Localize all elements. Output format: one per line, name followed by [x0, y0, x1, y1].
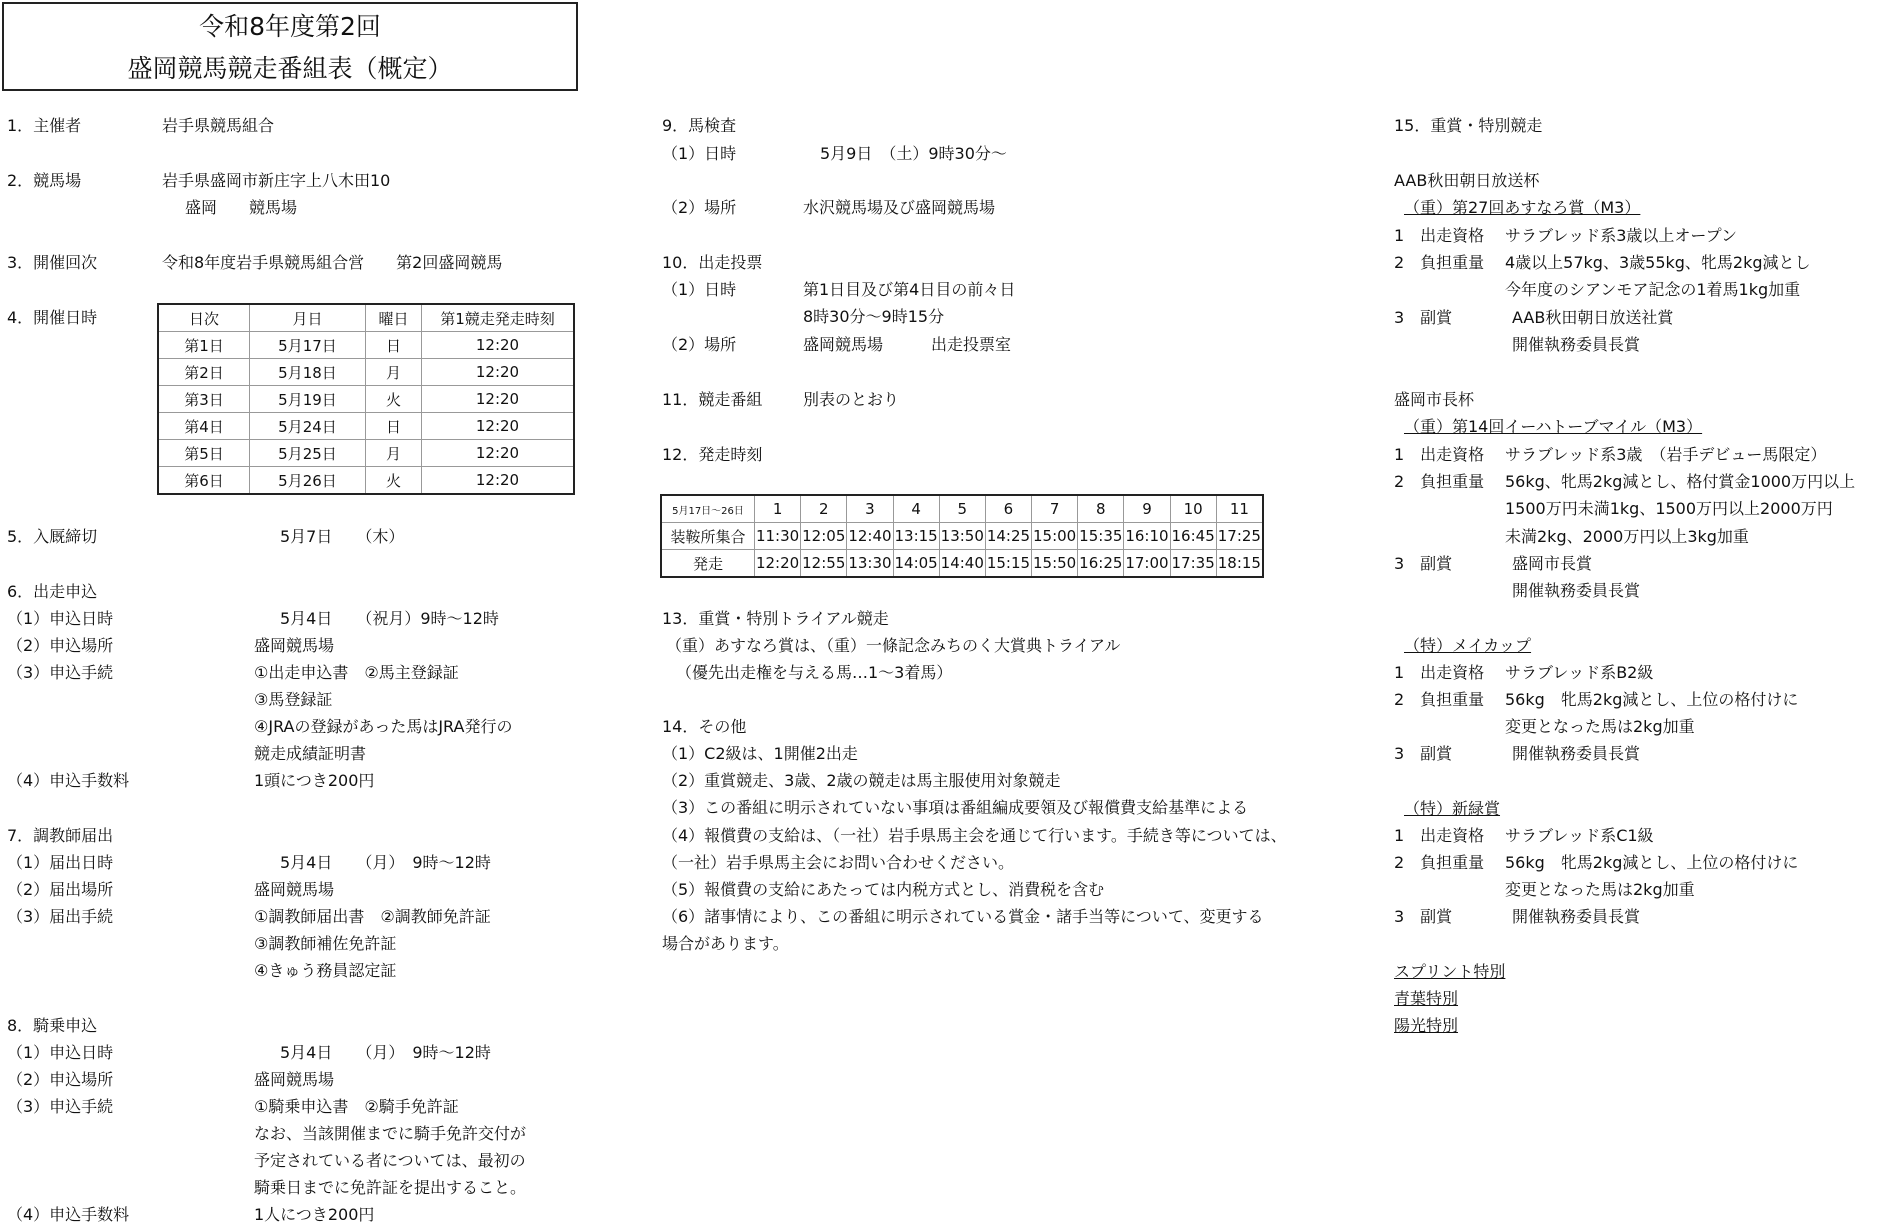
table-cell: 火: [366, 386, 422, 413]
section-8-item3-line: 予定されている者については、最初の: [254, 1151, 526, 1171]
section-7-item3-line: ④きゅう務員認定証: [254, 961, 396, 981]
table-row: 第5日5月25日月12:20: [158, 440, 574, 467]
race4-prize-label: 3 副賞: [1394, 907, 1452, 927]
section-10-item1-value1: 第1日目及び第4日目の前々日: [803, 280, 1015, 300]
time-cell: 11:30: [755, 523, 801, 550]
table-cell: 12:20: [422, 332, 575, 359]
time-cell: 13:50: [939, 523, 985, 550]
row-label: 発走: [661, 550, 755, 578]
time-cell: 12:40: [847, 523, 893, 550]
table-cell: 5月24日: [250, 413, 366, 440]
time-cell: 16:45: [1170, 523, 1216, 550]
special-race-sprint: スプリント特別: [1394, 962, 1505, 982]
section-14-line: （2）重賞競走、3歳、2歳の競走は馬主服使用対象競走: [662, 771, 1061, 791]
time-cell: 15:15: [985, 550, 1031, 578]
section-6-item4-value: 1頭につき200円: [254, 771, 374, 791]
row-label: 装鞍所集合: [661, 523, 755, 550]
section-8-label: 8．騎乗申込: [7, 1016, 97, 1036]
time-cell: 12:20: [755, 550, 801, 578]
section-14-line: （1）C2級は、1開催2出走: [662, 744, 858, 764]
race2-prize1: 盛岡市長賞: [1512, 554, 1592, 574]
date-range-cell: 5月17日～26日: [661, 495, 755, 523]
race1-weight1: 4歳以上57kg、3歳55kg、牝馬2kg減とし: [1505, 253, 1811, 273]
section-6-item3-label: （3）申込手続: [7, 663, 113, 683]
section-9-item2-value: 水沢競馬場及び盛岡競馬場: [803, 198, 995, 218]
table-cell: 日: [366, 332, 422, 359]
section-2-value1: 岩手県盛岡市新庄字上八木田10: [162, 171, 390, 191]
section-6-item3-line: ①出走申込書 ②馬主登録証: [254, 663, 459, 683]
section-1-label: 1．主催者: [7, 116, 81, 136]
section-7-item1-value: 5月4日 （月） 9時～12時: [280, 853, 491, 873]
race1-sponsor: AAB秋田朝日放送杯: [1394, 171, 1539, 191]
race2-prize-label: 3 副賞: [1394, 554, 1452, 574]
table-cell: 第5日: [158, 440, 250, 467]
race-number: 2: [801, 495, 847, 523]
section-15-label: 15．重賞・特別競走: [1394, 116, 1542, 136]
title-box: 令和8年度第2回 盛岡競馬競走番組表（概定）: [2, 2, 578, 91]
section-7-item2-label: （2）届出場所: [7, 880, 113, 900]
table-cell: 火: [366, 467, 422, 495]
race-number: 3: [847, 495, 893, 523]
time-cell: 17:25: [1216, 523, 1263, 550]
section-8-item1-value: 5月4日 （月） 9時～12時: [280, 1043, 491, 1063]
schedule-table: 日次 月日 曜日 第1競走発走時刻 第1日5月17日日12:20 第2日5月18…: [157, 303, 575, 495]
race2-weight-label: 2 負担重量: [1394, 472, 1484, 492]
section-10-label: 10．出走投票: [662, 253, 762, 273]
race-number: 9: [1124, 495, 1170, 523]
section-9-item2-label: （2）場所: [662, 198, 736, 218]
section-8-item3-label: （3）申込手続: [7, 1097, 113, 1117]
section-7-label: 7．調教師届出: [7, 826, 113, 846]
race-number: 4: [893, 495, 939, 523]
table-row: 第1日5月17日日12:20: [158, 332, 574, 359]
table-cell: 5月25日: [250, 440, 366, 467]
section-6-item3-line: 競走成績証明書: [254, 744, 366, 764]
section-8-item3-line: ①騎乗申込書 ②騎手免許証: [254, 1097, 459, 1117]
section-3-value: 令和8年度岩手県競馬組合営 第2回盛岡競馬: [162, 253, 502, 273]
section-13-label: 13．重賞・特別トライアル競走: [662, 609, 889, 629]
section-4-label: 4．開催日時: [7, 308, 97, 328]
section-7-item3-line: ①調教師届出書 ②調教師免許証: [254, 907, 491, 927]
section-6-item4-label: （4）申込手数料: [7, 771, 129, 791]
race3-prize1: 開催執務委員長賞: [1512, 744, 1640, 764]
race3-weight-label: 2 負担重量: [1394, 690, 1484, 710]
start-time-row: 発走 12:20 12:55 13:30 14:05 14:40 15:15 1…: [661, 550, 1263, 578]
section-6-item1-value: 5月4日 （祝月）9時～12時: [280, 609, 499, 629]
section-6-item1-label: （1）申込日時: [7, 609, 113, 629]
table-header: 日次: [158, 304, 250, 332]
table-cell: 第4日: [158, 413, 250, 440]
table-cell: 日: [366, 413, 422, 440]
race4-weight-label: 2 負担重量: [1394, 853, 1484, 873]
race3-prize-label: 3 副賞: [1394, 744, 1452, 764]
table-header: 月日: [250, 304, 366, 332]
table-header-row: 日次 月日 曜日 第1競走発走時刻: [158, 304, 574, 332]
section-14-line: （4）報償費の支給は、（一社）岩手県馬主会を通じて行います。手続き等については、: [662, 826, 1287, 846]
section-2-value2: 盛岡 競馬場: [185, 198, 297, 218]
time-cell: 16:10: [1124, 523, 1170, 550]
race2-weight1: 56kg、牝馬2kg減とし、格付賞金1000万円以上: [1505, 472, 1855, 492]
time-cell: 13:30: [847, 550, 893, 578]
post-time-table: 5月17日～26日 1 2 3 4 5 6 7 8 9 10 11 装鞍所集合 …: [660, 494, 1264, 578]
race4-weight1: 56kg 牝馬2kg減とし、上位の格付けに: [1505, 853, 1798, 873]
time-cell: 16:25: [1078, 550, 1124, 578]
section-7-item3-label: （3）届出手続: [7, 907, 113, 927]
time-cell: 14:25: [985, 523, 1031, 550]
section-6-label: 6．出走申込: [7, 582, 97, 602]
time-cell: 12:55: [801, 550, 847, 578]
time-cell: 15:00: [1032, 523, 1078, 550]
time-cell: 18:15: [1216, 550, 1263, 578]
section-13-line2: （優先出走権を与える馬…1～3着馬）: [676, 663, 952, 683]
section-8-item1-label: （1）申込日時: [7, 1043, 113, 1063]
time-cell: 14:05: [893, 550, 939, 578]
section-12-label: 12．発走時刻: [662, 445, 762, 465]
race1-prize1: AAB秋田朝日放送社賞: [1512, 308, 1673, 328]
table-row: 第2日5月18日月12:20: [158, 359, 574, 386]
time-cell: 12:05: [801, 523, 847, 550]
race3-qualification-label: 1 出走資格: [1394, 663, 1484, 683]
table-row: 第4日5月24日日12:20: [158, 413, 574, 440]
section-14-line: 場合があります。: [662, 934, 789, 954]
table-row: 第3日5月19日火12:20: [158, 386, 574, 413]
table-cell: 第3日: [158, 386, 250, 413]
section-8-item3-line: 騎乗日までに免許証を提出すること。: [254, 1178, 526, 1198]
time-cell: 15:35: [1078, 523, 1124, 550]
time-cell: 17:35: [1170, 550, 1216, 578]
section-8-item4-value: 1人につき200円: [254, 1205, 374, 1225]
table-cell: 12:20: [422, 467, 575, 495]
table-cell: 月: [366, 359, 422, 386]
table-cell: 5月18日: [250, 359, 366, 386]
table-cell: 月: [366, 440, 422, 467]
table-cell: 第6日: [158, 467, 250, 495]
table-cell: 5月19日: [250, 386, 366, 413]
table-cell: 5月17日: [250, 332, 366, 359]
race4-qualification: サラブレッド系C1級: [1505, 826, 1654, 846]
race2-name: （重）第14回イーハトーブマイル（M3）: [1404, 417, 1702, 437]
section-8-item2-label: （2）申込場所: [7, 1070, 113, 1090]
race3-qualification: サラブレッド系B2級: [1505, 663, 1653, 683]
race1-qualification-label: 1 出走資格: [1394, 226, 1484, 246]
race1-weight2: 今年度のシアンモア記念の1着馬1kg加重: [1505, 280, 1800, 300]
table-cell: 5月26日: [250, 467, 366, 495]
section-8-item2-value: 盛岡競馬場: [254, 1070, 334, 1090]
race4-weight2: 変更となった馬は2kg加重: [1505, 880, 1695, 900]
race-number: 8: [1078, 495, 1124, 523]
race2-weight2: 1500万円未満1kg、1500万円以上2000万円: [1505, 499, 1833, 519]
table-header: 第1競走発走時刻: [422, 304, 575, 332]
section-11-value: 別表のとおり: [803, 390, 899, 410]
table-cell: 12:20: [422, 440, 575, 467]
section-5-value: 5月7日 （木）: [280, 527, 404, 547]
section-7-item1-label: （1）届出日時: [7, 853, 113, 873]
time-cell: 13:15: [893, 523, 939, 550]
section-6-item3-line: ③馬登録証: [254, 690, 332, 710]
section-14-line: （5）報償費の支給にあたっては内税方式とし、消費税を含む: [662, 880, 1104, 900]
section-11-label: 11．競走番組: [662, 390, 762, 410]
section-10-item1-label: （1）日時: [662, 280, 736, 300]
section-5-label: 5．入厩締切: [7, 527, 97, 547]
section-8-item3-line: なお、当該開催までに騎手免許交付が: [254, 1124, 526, 1144]
table-cell: 12:20: [422, 386, 575, 413]
time-cell: 14:40: [939, 550, 985, 578]
title-line2: 盛岡競馬競走番組表（概定）: [4, 54, 576, 84]
race2-weight3: 未満2kg、2000万円以上3kg加重: [1505, 527, 1749, 547]
section-10-item2-value: 盛岡競馬場 出走投票室: [803, 335, 1011, 355]
table-row: 第6日5月26日火12:20: [158, 467, 574, 495]
race4-name: （特）新緑賞: [1404, 799, 1500, 819]
table-cell: 第1日: [158, 332, 250, 359]
section-9-item1-label: （1）日時: [662, 144, 736, 164]
race2-qualification: サラブレッド系3歳 （岩手デビュー馬限定）: [1505, 445, 1826, 465]
race3-weight2: 変更となった馬は2kg加重: [1505, 717, 1695, 737]
section-7-item2-value: 盛岡競馬場: [254, 880, 334, 900]
race2-prize2: 開催執務委員長賞: [1512, 581, 1640, 601]
race-number: 5: [939, 495, 985, 523]
section-13-line1: （重）あすなろ賞は、（重）一條記念みちのく大賞典トライアル: [666, 636, 1120, 656]
race1-name: （重）第27回あすなろ賞（M3）: [1404, 198, 1640, 218]
time-cell: 17:00: [1124, 550, 1170, 578]
race3-weight1: 56kg 牝馬2kg減とし、上位の格付けに: [1505, 690, 1798, 710]
table-header: 曜日: [366, 304, 422, 332]
section-3-label: 3．開催回次: [7, 253, 97, 273]
race-number: 6: [985, 495, 1031, 523]
section-14-label: 14．その他: [662, 717, 746, 737]
race-number: 1: [755, 495, 801, 523]
race1-qualification: サラブレッド系3歳以上オープン: [1505, 226, 1737, 246]
race-number: 11: [1216, 495, 1263, 523]
section-14-line: （3）この番組に明示されていない事項は番組編成要領及び報償費支給基準による: [662, 798, 1248, 818]
section-6-item3-line: ④JRAの登録があった馬はJRA発行の: [254, 717, 512, 737]
section-14-line: （一社）岩手県馬主会にお問い合わせください。: [662, 853, 1014, 873]
special-race-aoba: 青葉特別: [1394, 989, 1458, 1009]
section-6-item2-value: 盛岡競馬場: [254, 636, 334, 656]
race4-prize1: 開催執務委員長賞: [1512, 907, 1640, 927]
race2-sponsor: 盛岡市長杯: [1394, 390, 1474, 410]
race-number-row: 5月17日～26日 1 2 3 4 5 6 7 8 9 10 11: [661, 495, 1263, 523]
section-1-value: 岩手県競馬組合: [162, 116, 274, 136]
table-cell: 12:20: [422, 413, 575, 440]
title-line1: 令和8年度第2回: [4, 12, 576, 42]
section-2-label: 2．競馬場: [7, 171, 81, 191]
special-race-youkou: 陽光特別: [1394, 1016, 1458, 1036]
race-number: 10: [1170, 495, 1216, 523]
section-9-item1-value: 5月9日 （土）9時30分～: [820, 144, 1007, 164]
assembly-time-row: 装鞍所集合 11:30 12:05 12:40 13:15 13:50 14:2…: [661, 523, 1263, 550]
table-cell: 第2日: [158, 359, 250, 386]
section-7-item3-line: ③調教師補佐免許証: [254, 934, 396, 954]
section-14-line: （6）諸事情により、この番組に明示されている賞金・諸手当等について、変更する: [662, 907, 1264, 927]
race1-prize-label: 3 副賞: [1394, 308, 1452, 328]
race1-weight-label: 2 負担重量: [1394, 253, 1484, 273]
section-9-label: 9．馬検査: [662, 116, 736, 136]
race3-name: （特）メイカップ: [1404, 636, 1531, 656]
race1-prize2: 開催執務委員長賞: [1512, 335, 1640, 355]
section-10-item2-label: （2）場所: [662, 335, 736, 355]
race2-qualification-label: 1 出走資格: [1394, 445, 1484, 465]
section-6-item2-label: （2）申込場所: [7, 636, 113, 656]
race-number: 7: [1032, 495, 1078, 523]
table-cell: 12:20: [422, 359, 575, 386]
time-cell: 15:50: [1032, 550, 1078, 578]
section-8-item4-label: （4）申込手数料: [7, 1205, 129, 1225]
race4-qualification-label: 1 出走資格: [1394, 826, 1484, 846]
section-10-item1-value2: 8時30分～9時15分: [803, 307, 944, 327]
